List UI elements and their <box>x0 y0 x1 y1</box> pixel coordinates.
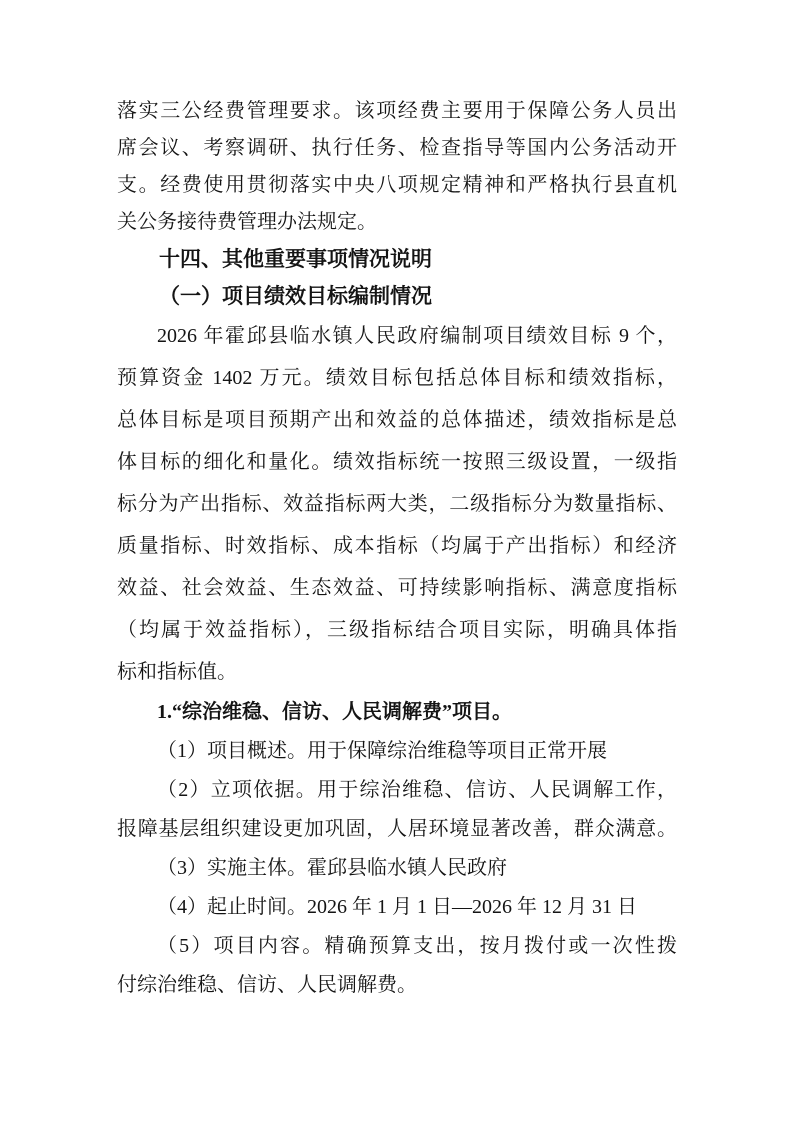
project-basis-line: 报障基层组织建设更加巩固，人居环境显著改善，群众满意。 <box>117 810 677 849</box>
performance-target-paragraph-line: 2026 年霍邱县临水镇人民政府编制项目绩效目标 9 个， <box>117 315 677 357</box>
project-content-line: （5）项目内容。精确预算支出，按月拨付或一次性拨 <box>117 927 677 966</box>
performance-target-paragraph-line: 标分为产出指标、效益指标两大类，二级指标分为数量指标、 <box>117 483 677 525</box>
performance-target-paragraph-line: （均属于效益指标），三级指标结合项目实际，明确具体指 <box>117 609 677 651</box>
performance-target-paragraph-line: 质量指标、时效指标、成本指标（均属于产出指标）和经济 <box>117 525 677 567</box>
project-implementer-line: （3）实施主体。霍邱县临水镇人民政府 <box>117 849 677 888</box>
performance-target-paragraph-line: 标和指标值。 <box>117 651 677 693</box>
paragraph-continuation-line: 落实三公经费管理要求。该项经费主要用于保障公务人员出 <box>117 93 677 130</box>
section-heading-other-important-matters: 十四、其他重要事项情况说明 <box>117 241 677 278</box>
document-text-block: 落实三公经费管理要求。该项经费主要用于保障公务人员出 席会议、考察调研、执行任务… <box>117 93 677 1005</box>
performance-target-paragraph-line: 效益、社会效益、生态效益、可持续影响指标、满意度指标 <box>117 567 677 609</box>
paragraph-continuation-line: 席会议、考察调研、执行任务、检查指导等国内公务活动开 <box>117 130 677 167</box>
paragraph-continuation-line: 支。经费使用贯彻落实中央八项规定精神和严格执行县直机 <box>117 167 677 204</box>
performance-target-paragraph-line: 体目标的细化和量化。绩效指标统一按照三级设置，一级指 <box>117 441 677 483</box>
performance-target-paragraph-line: 总体目标是项目预期产出和效益的总体描述，绩效指标是总 <box>117 399 677 441</box>
project-overview-line: （1）项目概述。用于保障综治维稳等项目正常开展 <box>117 732 677 771</box>
project-period-line: （4）起止时间。2026 年 1 月 1 日—2026 年 12 月 31 日 <box>117 888 677 927</box>
project-1-heading: 1.“综治维稳、信访、人民调解费”项目。 <box>117 693 677 732</box>
document-page: 落实三公经费管理要求。该项经费主要用于保障公务人员出 席会议、考察调研、执行任务… <box>0 0 793 1122</box>
project-content-line: 付综治维稳、信访、人民调解费。 <box>117 966 677 1005</box>
performance-target-paragraph-line: 预算资金 1402 万元。绩效目标包括总体目标和绩效指标， <box>117 357 677 399</box>
project-basis-line: （2）立项依据。用于综治维稳、信访、人民调解工作， <box>117 771 677 810</box>
paragraph-continuation-line: 关公务接待费管理办法规定。 <box>117 204 677 241</box>
subsection-heading-performance-target-preparation: （一）项目绩效目标编制情况 <box>117 278 677 315</box>
